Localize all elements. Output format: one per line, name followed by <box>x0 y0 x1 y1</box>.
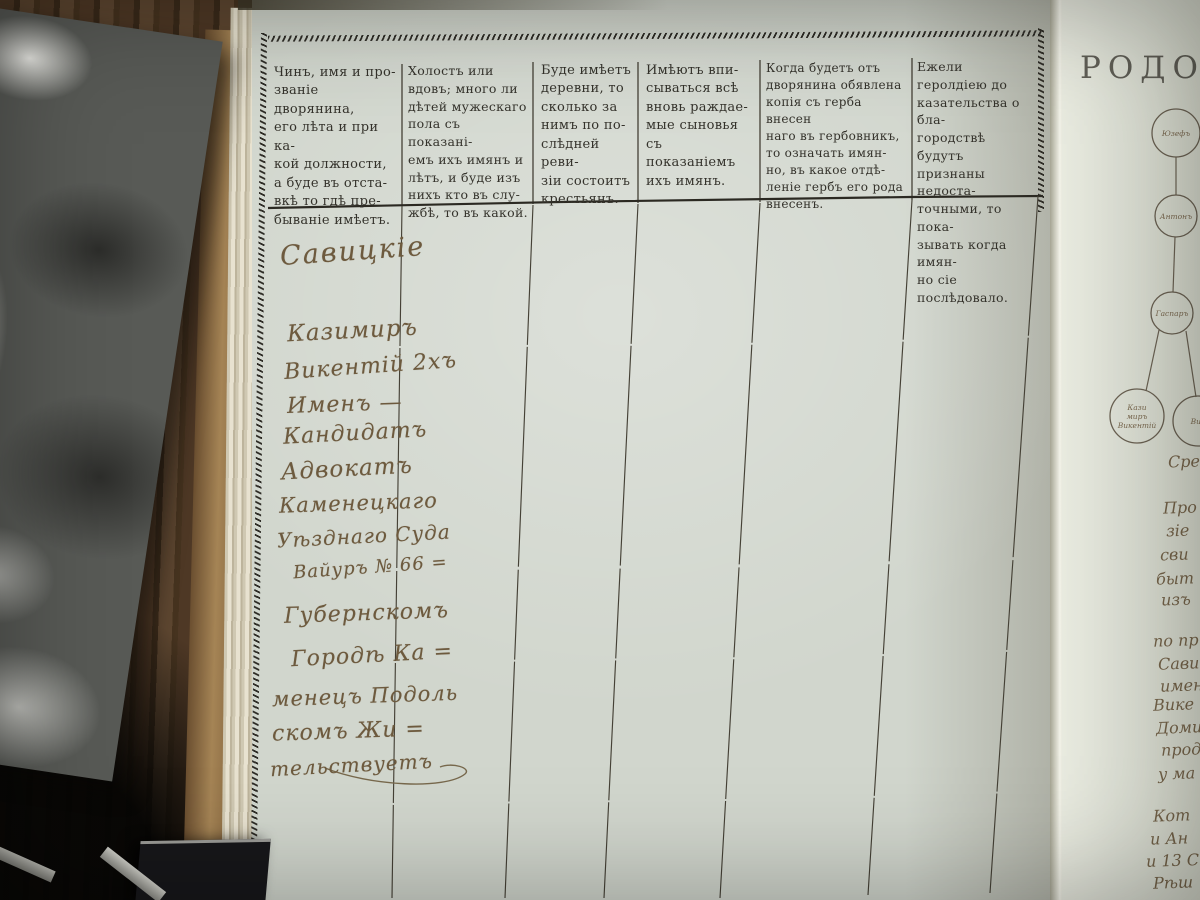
handwritten-fragment: сви <box>1160 545 1189 565</box>
handwritten-fragment: Рѣш <box>1153 872 1194 892</box>
handwritten-fragment: Сре <box>1168 451 1200 471</box>
handwritten-fragment: и Ан <box>1150 828 1189 848</box>
handwritten-fragment: прод <box>1161 739 1200 759</box>
handwritten-fragment: Сави <box>1158 653 1200 673</box>
handwritten-fragment: Про <box>1163 497 1197 517</box>
handwritten-fragment: изъ <box>1161 589 1191 609</box>
handwritten-fragment: Доми <box>1156 717 1200 738</box>
handwritten-fragments: СреПрозіесвибытизъпо прСавиименВикеДомип… <box>0 0 1200 900</box>
photo-canvas: ЮзефъАнтонъГаспаръКазимиръВикентійВик Чи… <box>0 0 1200 900</box>
handwritten-fragment: Кот <box>1153 805 1191 825</box>
handwritten-fragment: имен <box>1160 675 1200 696</box>
handwritten-fragment: быт <box>1156 568 1195 588</box>
handwritten-fragment: у ма <box>1158 763 1196 783</box>
handwritten-fragment: зіе <box>1166 521 1190 541</box>
handwritten-fragment: Вике <box>1153 694 1195 714</box>
handwritten-fragment: по пр <box>1153 630 1199 651</box>
handwritten-fragment: и 13 С <box>1146 850 1200 871</box>
